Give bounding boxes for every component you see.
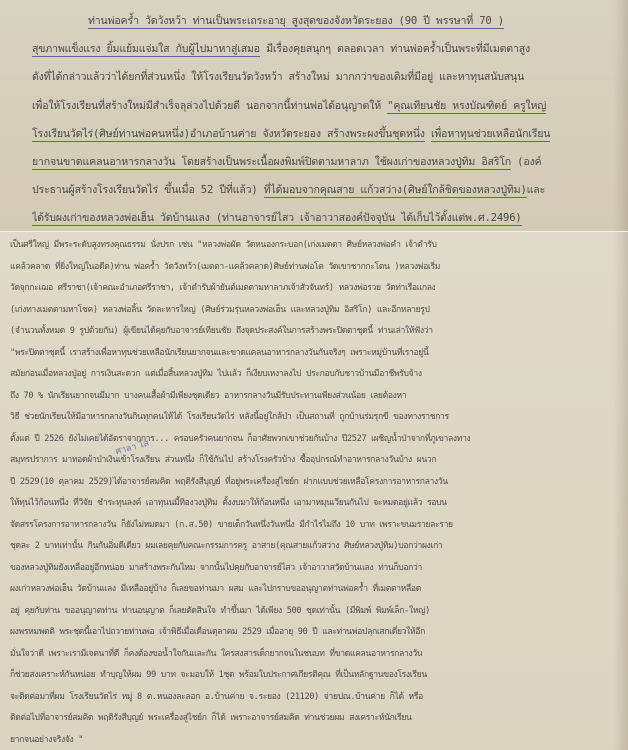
text-segment: เป็นศรีใหญ่ มีพระระดับสูงทรงคุณธรรม นั่ง… bbox=[10, 240, 197, 250]
text-segment: มั่นใจว่าดี เพราะเรามีเจตนาที่ดี ก็คงต้อ… bbox=[10, 649, 422, 659]
text-line: ถึง 70 % นักเรียนยากจนมีมาก บางคนเสื้อผ้… bbox=[10, 388, 406, 402]
text-line: ติดต่อไปที่อาจารย์สมคิด พฤติรังสีบุญย์ พ… bbox=[10, 710, 412, 724]
document-page-2: เป็นศรีใหญ่ มีพระระดับสูงทรงคุณธรรม นั่ง… bbox=[0, 231, 628, 750]
text-segment: ผงพรหมพตติ พระชุดนี้เอาไปถวายท่านพ่อ เจ้… bbox=[10, 627, 425, 637]
underlined-text: โรงเรียนวัดไร่ หมู่ 8 ต.หนองละลอก อ.บ้าน… bbox=[69, 692, 319, 703]
text-segment: ของหลวงปู่ทิมยังเหลืออยู่อีกหน่อย มาสร้า… bbox=[10, 563, 422, 573]
underlined-text: "หลวงพ่อผัด วัดหนองกระบอก(เก่งเมตตา ศิษย… bbox=[197, 240, 436, 251]
text-segment: สมุทรปราการ มาทอดผ้าป่าเงินเข้าโรงเรียน … bbox=[10, 455, 436, 465]
text-line: โรงเรียนวัดไร่(ศิษย์ท่านพ่อคนหนึ่ง)อำเภอ… bbox=[32, 125, 550, 142]
text-line: ดังที่ได้กล่าวแล้วว่าได้ยกที่ส่วนหนึ่ง ใ… bbox=[32, 68, 524, 85]
text-line: ชุดละ 2 บาทเท่านั้น กินกันอิ่มดีเดียว ผม… bbox=[10, 538, 442, 552]
text-line: ให้ทุนไว้ก้อนหนึ่ง ที่วิจัย ชำระทุนลงค์ … bbox=[10, 495, 447, 509]
text-line: (เก่งทางเมตตามหาโชค) หลวงพ่อลิ้น วัดละหา… bbox=[10, 302, 430, 316]
underlined-text: แคล้วคลาด ที่ยิ่งใหญ่ในอดีต)ท่าน พ่อคร้ำ bbox=[10, 262, 159, 273]
text-line: เป็นศรีใหญ่ มีพระระดับสูงทรงคุณธรรม นั่ง… bbox=[10, 237, 437, 251]
text-line: "พระปิดตาชุดนี้ เราสร้างเพื่อหาทุนช่วยเห… bbox=[10, 345, 429, 359]
text-line: วัดจุกกะเฌอ ศรีราชา(เจ้าคณะอำเภอศรีราชา,… bbox=[10, 280, 435, 294]
text-segment: เพื่อให้โรงเรียนที่สร้างใหม่มีสำเร็จลุล่… bbox=[32, 100, 387, 112]
text-segment: จัดสรรโครงการอาหารกลางวัน ก็ยังไม่หมดมา … bbox=[10, 520, 453, 530]
text-segment: (จำนวนทั้งหมด 9 รูปด้วยกัน) ผู้เขียนได้ค… bbox=[10, 326, 433, 336]
underlined-text: ติดต่อไปที่อาจารย์สมคิด พฤติรังสีบุญย์ พ… bbox=[10, 713, 207, 724]
text-segment: (องค์ bbox=[511, 156, 541, 168]
text-line: ก็ช่วยสงเคราะห์กันหน่อย ทำบุญให้ผม 99 บา… bbox=[10, 667, 427, 681]
text-segment: มีเรื่องคุยสนุกๆ ตลอดเวลา ท่านพ่อคร้ำเป็… bbox=[260, 43, 530, 55]
text-line: ได้รับผงเก่าของหลวงพ่อเฮ็น วัดบ้านแลง (ท… bbox=[32, 209, 522, 226]
text-segment: จะติดต่อมาที่ผม bbox=[10, 692, 69, 702]
text-segment: ปี 2529(10 ตุลาคม 2529)ได้อาจารย์สมคิด พ… bbox=[10, 477, 448, 487]
text-line: ท่านพ่อคร้ำ วัดวังหว้า ท่านเป็นพระเถระอา… bbox=[88, 12, 504, 29]
text-segment: ดังที่ได้กล่าวแล้วว่าได้ยกที่ส่วนหนึ่ง ใ… bbox=[32, 71, 524, 83]
underlined-text: ท่านพ่อคร้ำ วัดวังหว้า ท่านเป็นพระเถระอา… bbox=[88, 15, 504, 29]
underlined-text: "คุณเทียนชัย หรงบัณฑิตย์ ครูใหญ่ bbox=[387, 100, 546, 114]
text-line: แคล้วคลาด ที่ยิ่งใหญ่ในอดีต)ท่าน พ่อคร้ำ… bbox=[10, 259, 440, 273]
text-segment: ก็ช่วยสงเคราะห์กันหน่อย bbox=[10, 670, 100, 680]
text-line: ยากจนขาดแคลนอาหารกลางวัน โดยสร้างเป็นพระ… bbox=[32, 153, 541, 170]
text-segment: ประธานผู้สร้างโรงเรียนวัดไร่ ขึ้นเมื่อ 5… bbox=[32, 184, 264, 196]
underlined-text: ที่ได้มอบจากคุณสาย แก้วสว่าง(ศิษย์ใกล้ชิ… bbox=[264, 184, 527, 198]
text-segment: "พระปิดตาชุดนี้ เราสร้างเพื่อหาทุนช่วยเห… bbox=[10, 348, 429, 358]
document-page-1: ท่านพ่อคร้ำ วัดวังหว้า ท่านเป็นพระเถระอา… bbox=[0, 0, 628, 231]
text-line: สมุทรปราการ มาทอดผ้าป่าเงินเข้าโรงเรียน … bbox=[10, 452, 436, 466]
underlined-text: ได้รับผงเก่าของหลวงพ่อเฮ็น วัดบ้านแลง (ท… bbox=[32, 212, 522, 226]
text-segment: ยากจนอย่างจริงจัง " bbox=[10, 735, 83, 745]
underlined-text: วัดจุกกะเฌอ ศรีราชา(เจ้าคณะอำเภอศรีราชา,… bbox=[10, 283, 334, 294]
text-line: สมัยก่อนเมื่อหลวงปู่อยู่ การเงินสะดวก แต… bbox=[10, 366, 422, 380]
text-line: ยากจนอย่างจริงจัง " bbox=[10, 732, 83, 746]
text-segment: สมัยก่อนเมื่อหลวงปู่อยู่ การเงินสะดวก แต… bbox=[10, 369, 422, 379]
text-segment: และ bbox=[527, 184, 545, 196]
underlined-text: (เก่งทางเมตตามหาโชค) หลวงพ่อลิ้น วัดละหา… bbox=[10, 305, 372, 316]
text-line: ผงพรหมพตติ พระชุดนี้เอาไปถวายท่านพ่อ เจ้… bbox=[10, 624, 425, 638]
text-segment: อยู่ คุยกับท่าน ขออนุญาตท่าน ท่านอนุญาต … bbox=[10, 606, 430, 616]
text-segment: ให้ทุนไว้ก้อนหนึ่ง ที่วิจัย ชำระทุนลงค์ … bbox=[10, 498, 447, 508]
text-line: สุขภาพแข็งแรง ยิ้มแย้มแจ่มใส กับผู้ไปมาห… bbox=[32, 40, 530, 57]
text-segment: จ่ายปณ.บ้านค่าย ก็ได้ หรือ bbox=[319, 692, 423, 702]
underlined-text: หลวงพ่อรวย วัดท่าเรือแกลง bbox=[334, 283, 436, 294]
underlined-text: โรงเรียนวัดไร่(ศิษย์ท่านพ่อคนหนึ่ง)อำเภอ… bbox=[32, 128, 425, 142]
text-line: (จำนวนทั้งหมด 9 รูปด้วยกัน) ผู้เขียนได้ค… bbox=[10, 323, 433, 337]
text-line: มั่นใจว่าดี เพราะเรามีเจตนาที่ดี ก็คงต้อ… bbox=[10, 646, 422, 660]
text-line: เพื่อให้โรงเรียนที่สร้างใหม่มีสำเร็จลุล่… bbox=[32, 97, 546, 114]
page-edge-shadow bbox=[614, 0, 628, 231]
text-segment: ถึง 70 % นักเรียนยากจนมีมาก บางคนเสื้อผ้… bbox=[10, 391, 406, 401]
text-segment: ก็ได้ เพราะอาจารย์สมคิด ท่านช่วยผม สงเคร… bbox=[207, 713, 412, 723]
text-line: วิธี ช่วยนักเรียนให้มีอาหารกลางวันกินทุก… bbox=[10, 409, 449, 423]
page-edge-shadow bbox=[614, 232, 628, 750]
underlined-text: สุขภาพแข็งแรง ยิ้มแย้มแจ่มใส กับผู้ไปมาห… bbox=[32, 43, 260, 57]
text-segment: และอีกหลายรูป bbox=[372, 305, 430, 315]
text-segment: ชุดละ 2 บาทเท่านั้น กินกันอิ่มดีเดียว ผม… bbox=[10, 541, 442, 551]
text-line: ประธานผู้สร้างโรงเรียนวัดไร่ ขึ้นเมื่อ 5… bbox=[32, 181, 545, 198]
text-line: อยู่ คุยกับท่าน ขออนุญาตท่าน ท่านอนุญาต … bbox=[10, 603, 430, 617]
text-segment: วิธี ช่วยนักเรียนให้มีอาหารกลางวันกินทุก… bbox=[10, 412, 449, 422]
underlined-text: เพื่อหาทุนช่วยเหลือนักเรียน bbox=[431, 128, 550, 142]
text-line: ผงเก่าหลวงพ่อเฮ็น วัดบ้านแลง มีเหลืออยู่… bbox=[10, 581, 421, 595]
underlined-text: ทำบุญให้ผม 99 บาท จะมอบให้ 1ชุด พร้อมใบป… bbox=[100, 670, 427, 681]
text-segment: ตั้งแต่ ปี 2526 ยังไม่เคยได้อัตราจากการ.… bbox=[10, 434, 470, 444]
text-line: ตั้งแต่ ปี 2526 ยังไม่เคยได้อัตราจากการ.… bbox=[10, 431, 470, 445]
text-line: จัดสรรโครงการอาหารกลางวัน ก็ยังไม่หมดมา … bbox=[10, 517, 453, 531]
text-segment: วัดวังหว้า(เมตตา-แคล้วคลาด)ศิษย์ท่านพ่อโ… bbox=[159, 262, 440, 272]
text-line: ปี 2529(10 ตุลาคม 2529)ได้อาจารย์สมคิด พ… bbox=[10, 474, 448, 488]
underlined-text: ยากจนขาดแคลนอาหารกลางวัน โดยสร้างเป็นพระ… bbox=[32, 156, 511, 170]
text-line: จะติดต่อมาที่ผม โรงเรียนวัดไร่ หมู่ 8 ต.… bbox=[10, 689, 423, 703]
text-segment: ผงเก่าหลวงพ่อเฮ็น วัดบ้านแลง มีเหลืออยู่… bbox=[10, 584, 421, 594]
text-line: ของหลวงปู่ทิมยังเหลืออยู่อีกหน่อย มาสร้า… bbox=[10, 560, 422, 574]
